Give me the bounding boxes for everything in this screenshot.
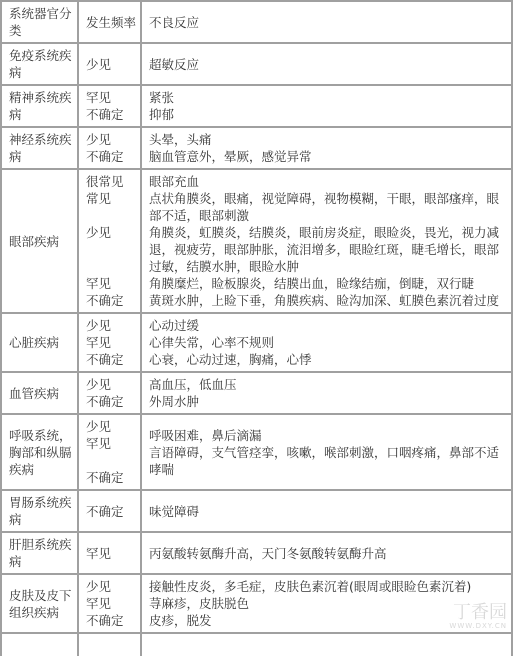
frequency-cell: 少见 不确定 (78, 372, 141, 414)
header-organ-class: 系统器官分类 (1, 1, 78, 43)
frequency-label: 常见 (86, 190, 136, 207)
organ-cell: 免疫系统疾病 (1, 43, 78, 85)
organ-cell: 肝胆系统疾病 (1, 532, 78, 574)
frequency-label: 少见 (86, 131, 136, 148)
reaction-text: 呼吸困难，鼻后滴漏 (149, 427, 507, 444)
frequency-label: 不确定 (86, 612, 136, 629)
reaction-text: 角膜炎，虹膜炎，结膜炎，眼前房炎症，眼睑炎，畏光，视力减退，视疲劳，眼部肿胀，流… (149, 224, 507, 275)
reaction-cell: 心动过缓 心律失常，心率不规则 心衰，心动过速，胸痛，心悸 (141, 313, 512, 372)
frequency-label: 罕见 (86, 89, 136, 106)
frequency-label: 罕见 (86, 435, 136, 452)
table-row: 皮肤及皮下组织疾病 少见 罕见 不确定 接触性皮炎，多毛症，皮肤色素沉着(眼周或… (1, 574, 512, 633)
frequency-label: 不确定 (86, 393, 136, 410)
header-frequency: 发生频率 (78, 1, 141, 43)
frequency-label: 不确定 (86, 351, 136, 368)
reaction-text: 高血压，低血压 (149, 376, 507, 393)
table-row: 肝胆系统疾病 罕见 丙氨酸转氨酶升高，天门冬氨酸转氨酶升高 (1, 532, 512, 574)
frequency-label: 罕见 (86, 595, 136, 612)
table-row: 心脏疾病 少见 罕见 不确定 心动过缓 心律失常，心率不规则 心衰，心动过速，胸… (1, 313, 512, 372)
frequency-label: 很常见 (86, 173, 136, 190)
spacer (86, 241, 136, 258)
reaction-cell: 味觉障碍 (141, 490, 512, 532)
table-row: 眼部疾病 很常见 常见 少见 罕见 不确定 眼部充血 点状角膜炎，眼痛，视觉障碍… (1, 169, 512, 313)
organ-cell: 胃肠系统疾病 (1, 490, 78, 532)
frequency-label: 少见 (86, 224, 136, 241)
frequency-cell: 少见 罕见 不确定 (78, 574, 141, 633)
watermark-logo: 丁香园 WWW.DXY.CN (449, 604, 507, 631)
table-header-row: 系统器官分类 发生频率 不良反应 (1, 1, 512, 43)
frequency-label: 少见 (86, 418, 136, 435)
frequency-label: 罕见 (86, 545, 136, 562)
reaction-cell: 呼吸困难，鼻后滴漏 言语障碍，支气管痉挛，咳嗽，喉部刺激，口咽疼痛，鼻部不适 哮… (141, 414, 512, 490)
frequency-cell: 少见 罕见 不确定 (78, 313, 141, 372)
reaction-text: 点状角膜炎，眼痛，视觉障碍，视物模糊，干眼，眼部瘙痒，眼部不适，眼部刺激 (149, 190, 507, 224)
reaction-cell (141, 633, 512, 656)
reaction-text: 抑郁 (149, 106, 507, 123)
reaction-text: 脑血管意外，晕厥，感觉异常 (149, 148, 507, 165)
frequency-label: 不确定 (86, 106, 136, 123)
table-row: 胃肠系统疾病 不确定 味觉障碍 (1, 490, 512, 532)
spacer (86, 258, 136, 275)
reaction-text: 超敏反应 (149, 56, 507, 73)
organ-cell: 血管疾病 (1, 372, 78, 414)
frequency-label: 少见 (86, 56, 136, 73)
reaction-text: 头晕，头痛 (149, 131, 507, 148)
table-row: 神经系统疾病 少见 不确定 头晕，头痛 脑血管意外，晕厥，感觉异常 (1, 127, 512, 169)
watermark-brand: 丁香园 (453, 602, 507, 623)
reaction-cell: 紧张 抑郁 (141, 85, 512, 127)
reaction-text: 丙氨酸转氨酶升高，天门冬氨酸转氨酶升高 (149, 545, 507, 562)
reaction-cell: 丙氨酸转氨酶升高，天门冬氨酸转氨酶升高 (141, 532, 512, 574)
organ-cell: 眼部疾病 (1, 169, 78, 313)
table-row-partial (1, 633, 512, 656)
reaction-text: 角膜糜烂，睑板腺炎，结膜出血，睑缘结痂，倒睫，双行睫 (149, 275, 507, 292)
reaction-cell: 眼部充血 点状角膜炎，眼痛，视觉障碍，视物模糊，干眼，眼部瘙痒，眼部不适，眼部刺… (141, 169, 512, 313)
organ-cell: 皮肤及皮下组织疾病 (1, 574, 78, 633)
reaction-text: 眼部充血 (149, 173, 507, 190)
header-reaction: 不良反应 (141, 1, 512, 43)
frequency-label: 少见 (86, 578, 136, 595)
reaction-text: 接触性皮炎，多毛症，皮肤色素沉着(眼周或眼睑色素沉着) (149, 578, 507, 595)
frequency-label: 不确定 (86, 292, 136, 309)
table-row: 血管疾病 少见 不确定 高血压，低血压 外周水肿 (1, 372, 512, 414)
reaction-text: 味觉障碍 (149, 503, 507, 520)
reaction-text: 心衰，心动过速，胸痛，心悸 (149, 351, 507, 368)
organ-cell: 心脏疾病 (1, 313, 78, 372)
frequency-cell: 罕见 (78, 532, 141, 574)
table-row: 精神系统疾病 罕见 不确定 紧张 抑郁 (1, 85, 512, 127)
frequency-label: 少见 (86, 376, 136, 393)
spacer (86, 207, 136, 224)
spacer (86, 452, 136, 469)
adverse-reactions-table: 系统器官分类 发生频率 不良反应 免疫系统疾病 少见 超敏反应 精神系统疾病 罕… (0, 0, 513, 656)
frequency-label: 不确定 (86, 503, 136, 520)
reaction-text: 外周水肿 (149, 393, 507, 410)
organ-cell: 呼吸系统，胸部和纵膈疾病 (1, 414, 78, 490)
frequency-label: 不确定 (86, 148, 136, 165)
frequency-cell: 少见 罕见 不确定 (78, 414, 141, 490)
frequency-cell: 很常见 常见 少见 罕见 不确定 (78, 169, 141, 313)
frequency-label: 罕见 (86, 275, 136, 292)
watermark-url: WWW.DXY.CN (449, 622, 507, 631)
reaction-text: 紧张 (149, 89, 507, 106)
frequency-label: 罕见 (86, 334, 136, 351)
organ-cell: 神经系统疾病 (1, 127, 78, 169)
reaction-cell: 超敏反应 (141, 43, 512, 85)
table-row: 免疫系统疾病 少见 超敏反应 (1, 43, 512, 85)
frequency-cell: 不确定 (78, 490, 141, 532)
reaction-text: 哮喘 (149, 461, 507, 478)
reaction-cell: 高血压，低血压 外周水肿 (141, 372, 512, 414)
reaction-text: 心律失常，心率不规则 (149, 334, 507, 351)
organ-cell: 精神系统疾病 (1, 85, 78, 127)
frequency-cell (78, 633, 141, 656)
frequency-label: 不确定 (86, 469, 136, 486)
reaction-text: 心动过缓 (149, 317, 507, 334)
frequency-cell: 罕见 不确定 (78, 85, 141, 127)
reaction-text: 黄斑水肿，上睑下垂，角膜疾病、睑沟加深、虹膜色素沉着过度 (149, 292, 507, 309)
frequency-cell: 少见 不确定 (78, 127, 141, 169)
organ-cell (1, 633, 78, 656)
frequency-cell: 少见 (78, 43, 141, 85)
reaction-cell: 头晕，头痛 脑血管意外，晕厥，感觉异常 (141, 127, 512, 169)
frequency-label: 少见 (86, 317, 136, 334)
table-row: 呼吸系统，胸部和纵膈疾病 少见 罕见 不确定 呼吸困难，鼻后滴漏 言语障碍，支气… (1, 414, 512, 490)
reaction-text: 言语障碍，支气管痉挛，咳嗽，喉部刺激，口咽疼痛，鼻部不适 (149, 444, 507, 461)
